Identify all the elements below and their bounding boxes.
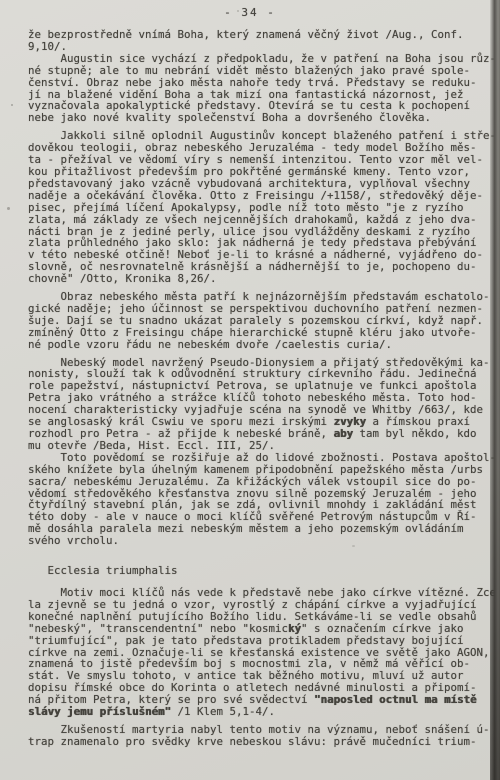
scanned-page: - 34 - že bezprostředně vnímá Boha, kter… [0, 0, 500, 780]
text-line: slávy jemu příslušném" /1 Klem 5,1-4/. [28, 706, 500, 718]
scan-speck [237, 10, 239, 12]
paragraph: Zkušeností martyria nabyl tento motiv na… [28, 724, 500, 748]
section-heading: Ecclesia triumphalis [28, 565, 500, 577]
text-line: Ecclesia triumphalis [28, 565, 500, 577]
scan-speck [11, 104, 13, 106]
text-line: chovně" /Otto, Kronika 8,26/. [28, 273, 500, 285]
scan-speck [352, 545, 355, 547]
paragraph: že bezprostředně vnímá Boha, který zname… [28, 29, 500, 53]
paragraph: Nebeský model navržený Pseudo-Dionysiem … [28, 357, 500, 452]
page-number: - 34 - [0, 6, 500, 19]
paragraph: Augustin sice vychází z předpokladu, že … [28, 53, 500, 124]
scan-edge-shadow [490, 0, 500, 780]
paragraph: Obraz nebeského města patří k nejnázorně… [28, 291, 500, 351]
emphasized-text: slávy jemu příslušném" [28, 705, 171, 718]
text-line: že bezprostředně vnímá Boha, který zname… [28, 29, 500, 41]
document-text: že bezprostředně vnímá Boha, který zname… [28, 29, 500, 748]
paragraph: Motiv moci klíčů nás vede k představě ne… [28, 587, 500, 718]
text-line: né podle vzoru řádu ne nebeském dvoře /c… [28, 339, 500, 351]
paragraph: Toto povědomí se rozšiřuje až do lidové … [28, 452, 500, 547]
paragraph: Jakkoli silně oplodnil Augustinův koncep… [28, 130, 500, 285]
emphasized-text: aby [334, 427, 354, 440]
scan-speck [7, 207, 10, 210]
text-line: trap znamenalo pro svědky krve nebeskou … [28, 736, 500, 748]
text-line: svého vrcholu. [28, 535, 500, 547]
emphasized-text: "naposled octnul ma místě [314, 693, 477, 706]
text-line: nebe jako nové kvality společenství Boha… [28, 112, 500, 124]
